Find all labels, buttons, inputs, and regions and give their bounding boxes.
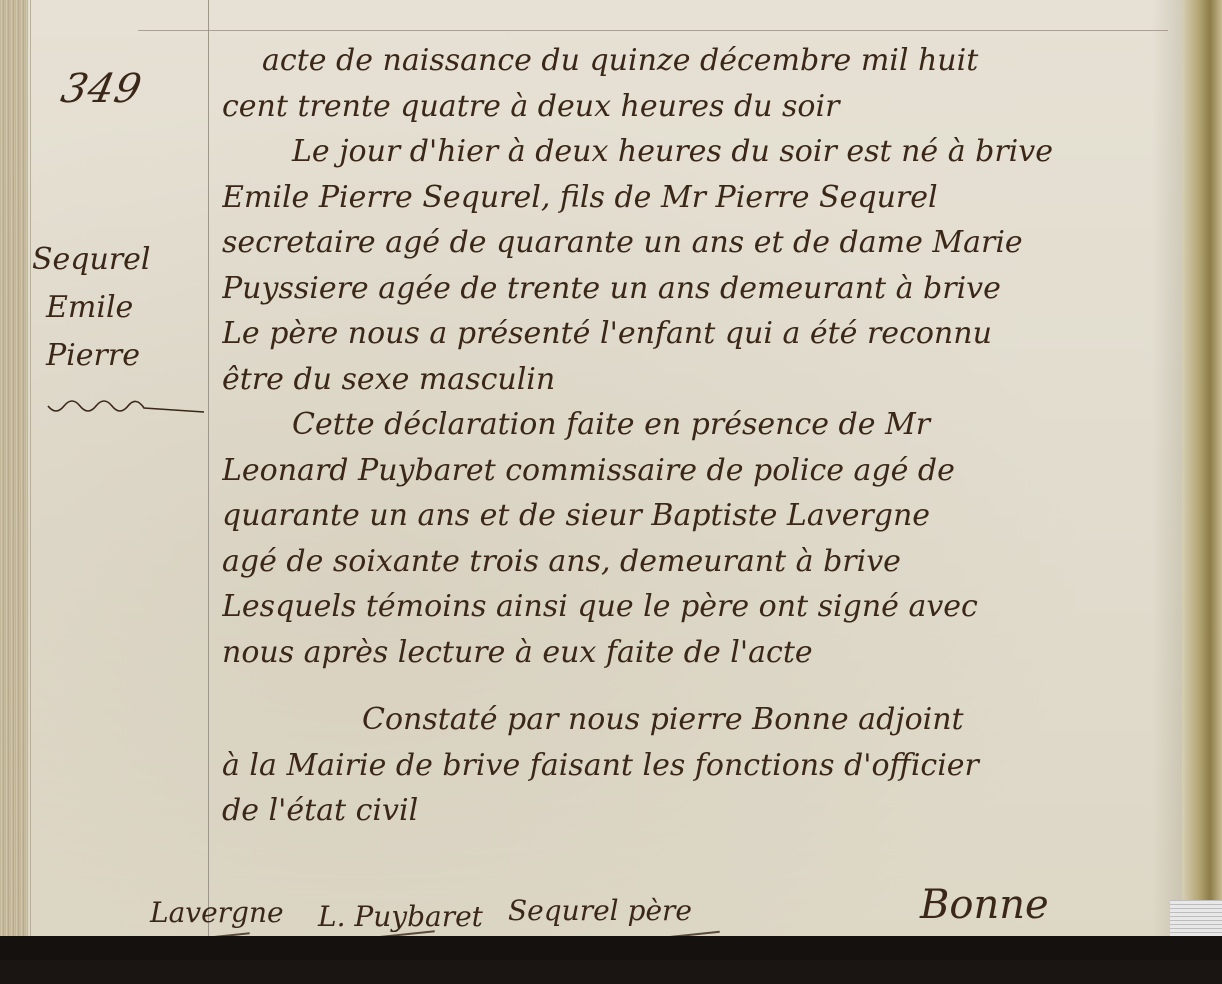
record-line: acte de naissance du quinze décembre mil… xyxy=(222,38,1222,84)
record-line: cent trente quatre à deux heures du soir xyxy=(222,84,1222,130)
record-line: agé de soixante trois ans, demeurant à b… xyxy=(222,539,1222,585)
record-line: nous après lecture à eux faite de l'acte xyxy=(222,630,1222,676)
record-line: Cette déclaration faite en présence de M… xyxy=(222,402,1222,448)
record-line: quarante un ans et de sieur Baptiste Lav… xyxy=(222,493,1222,539)
margin-given-name-1: Emile xyxy=(32,284,208,332)
margin-flourish-icon xyxy=(46,398,206,418)
signature-bonne: Bonne xyxy=(920,882,1049,928)
signature-lavergne: Lavergne xyxy=(150,896,284,929)
signature-sequrel-pere: Sequrel père xyxy=(508,894,692,927)
record-line: Emile Pierre Sequrel, fils de Mr Pierre … xyxy=(222,175,1222,221)
record-line: Constaté par nous pierre Bonne adjoint xyxy=(222,697,1222,743)
page-edge-line xyxy=(30,0,31,960)
entry-number: 349 xyxy=(57,66,146,112)
paragraph-gap xyxy=(222,675,1222,697)
margin-ruled-line xyxy=(208,0,209,940)
record-body: acte de naissance du quinze décembre mil… xyxy=(222,38,1222,834)
signature-puybaret: L. Puybaret xyxy=(318,900,483,933)
record-line: à la Mairie de brive faisant les fonctio… xyxy=(222,743,1222,789)
record-line: Leonard Puybaret commissaire de police a… xyxy=(222,448,1222,494)
book-page-stack-edge xyxy=(0,0,28,960)
margin-given-name-2: Pierre xyxy=(32,332,208,380)
margin-surname: Sequrel xyxy=(32,236,208,284)
top-ruled-line xyxy=(138,30,1168,31)
register-page: 349 Sequrel Emile Pierre acte de naissan… xyxy=(0,0,1222,960)
record-line: secretaire agé de quarante un ans et de … xyxy=(222,220,1222,266)
scan-bottom-edge xyxy=(0,936,1222,960)
margin-names: Sequrel Emile Pierre xyxy=(32,236,208,380)
record-line: Le jour d'hier à deux heures du soir est… xyxy=(222,129,1222,175)
record-line: Le père nous a présenté l'enfant qui a é… xyxy=(222,311,1222,357)
record-line: être du sexe masculin xyxy=(222,357,1222,403)
record-line: Puyssiere agée de trente un ans demeuran… xyxy=(222,266,1222,312)
record-line: Lesquels témoins ainsi que le père ont s… xyxy=(222,584,1222,630)
record-line: de l'état civil xyxy=(222,788,1222,834)
